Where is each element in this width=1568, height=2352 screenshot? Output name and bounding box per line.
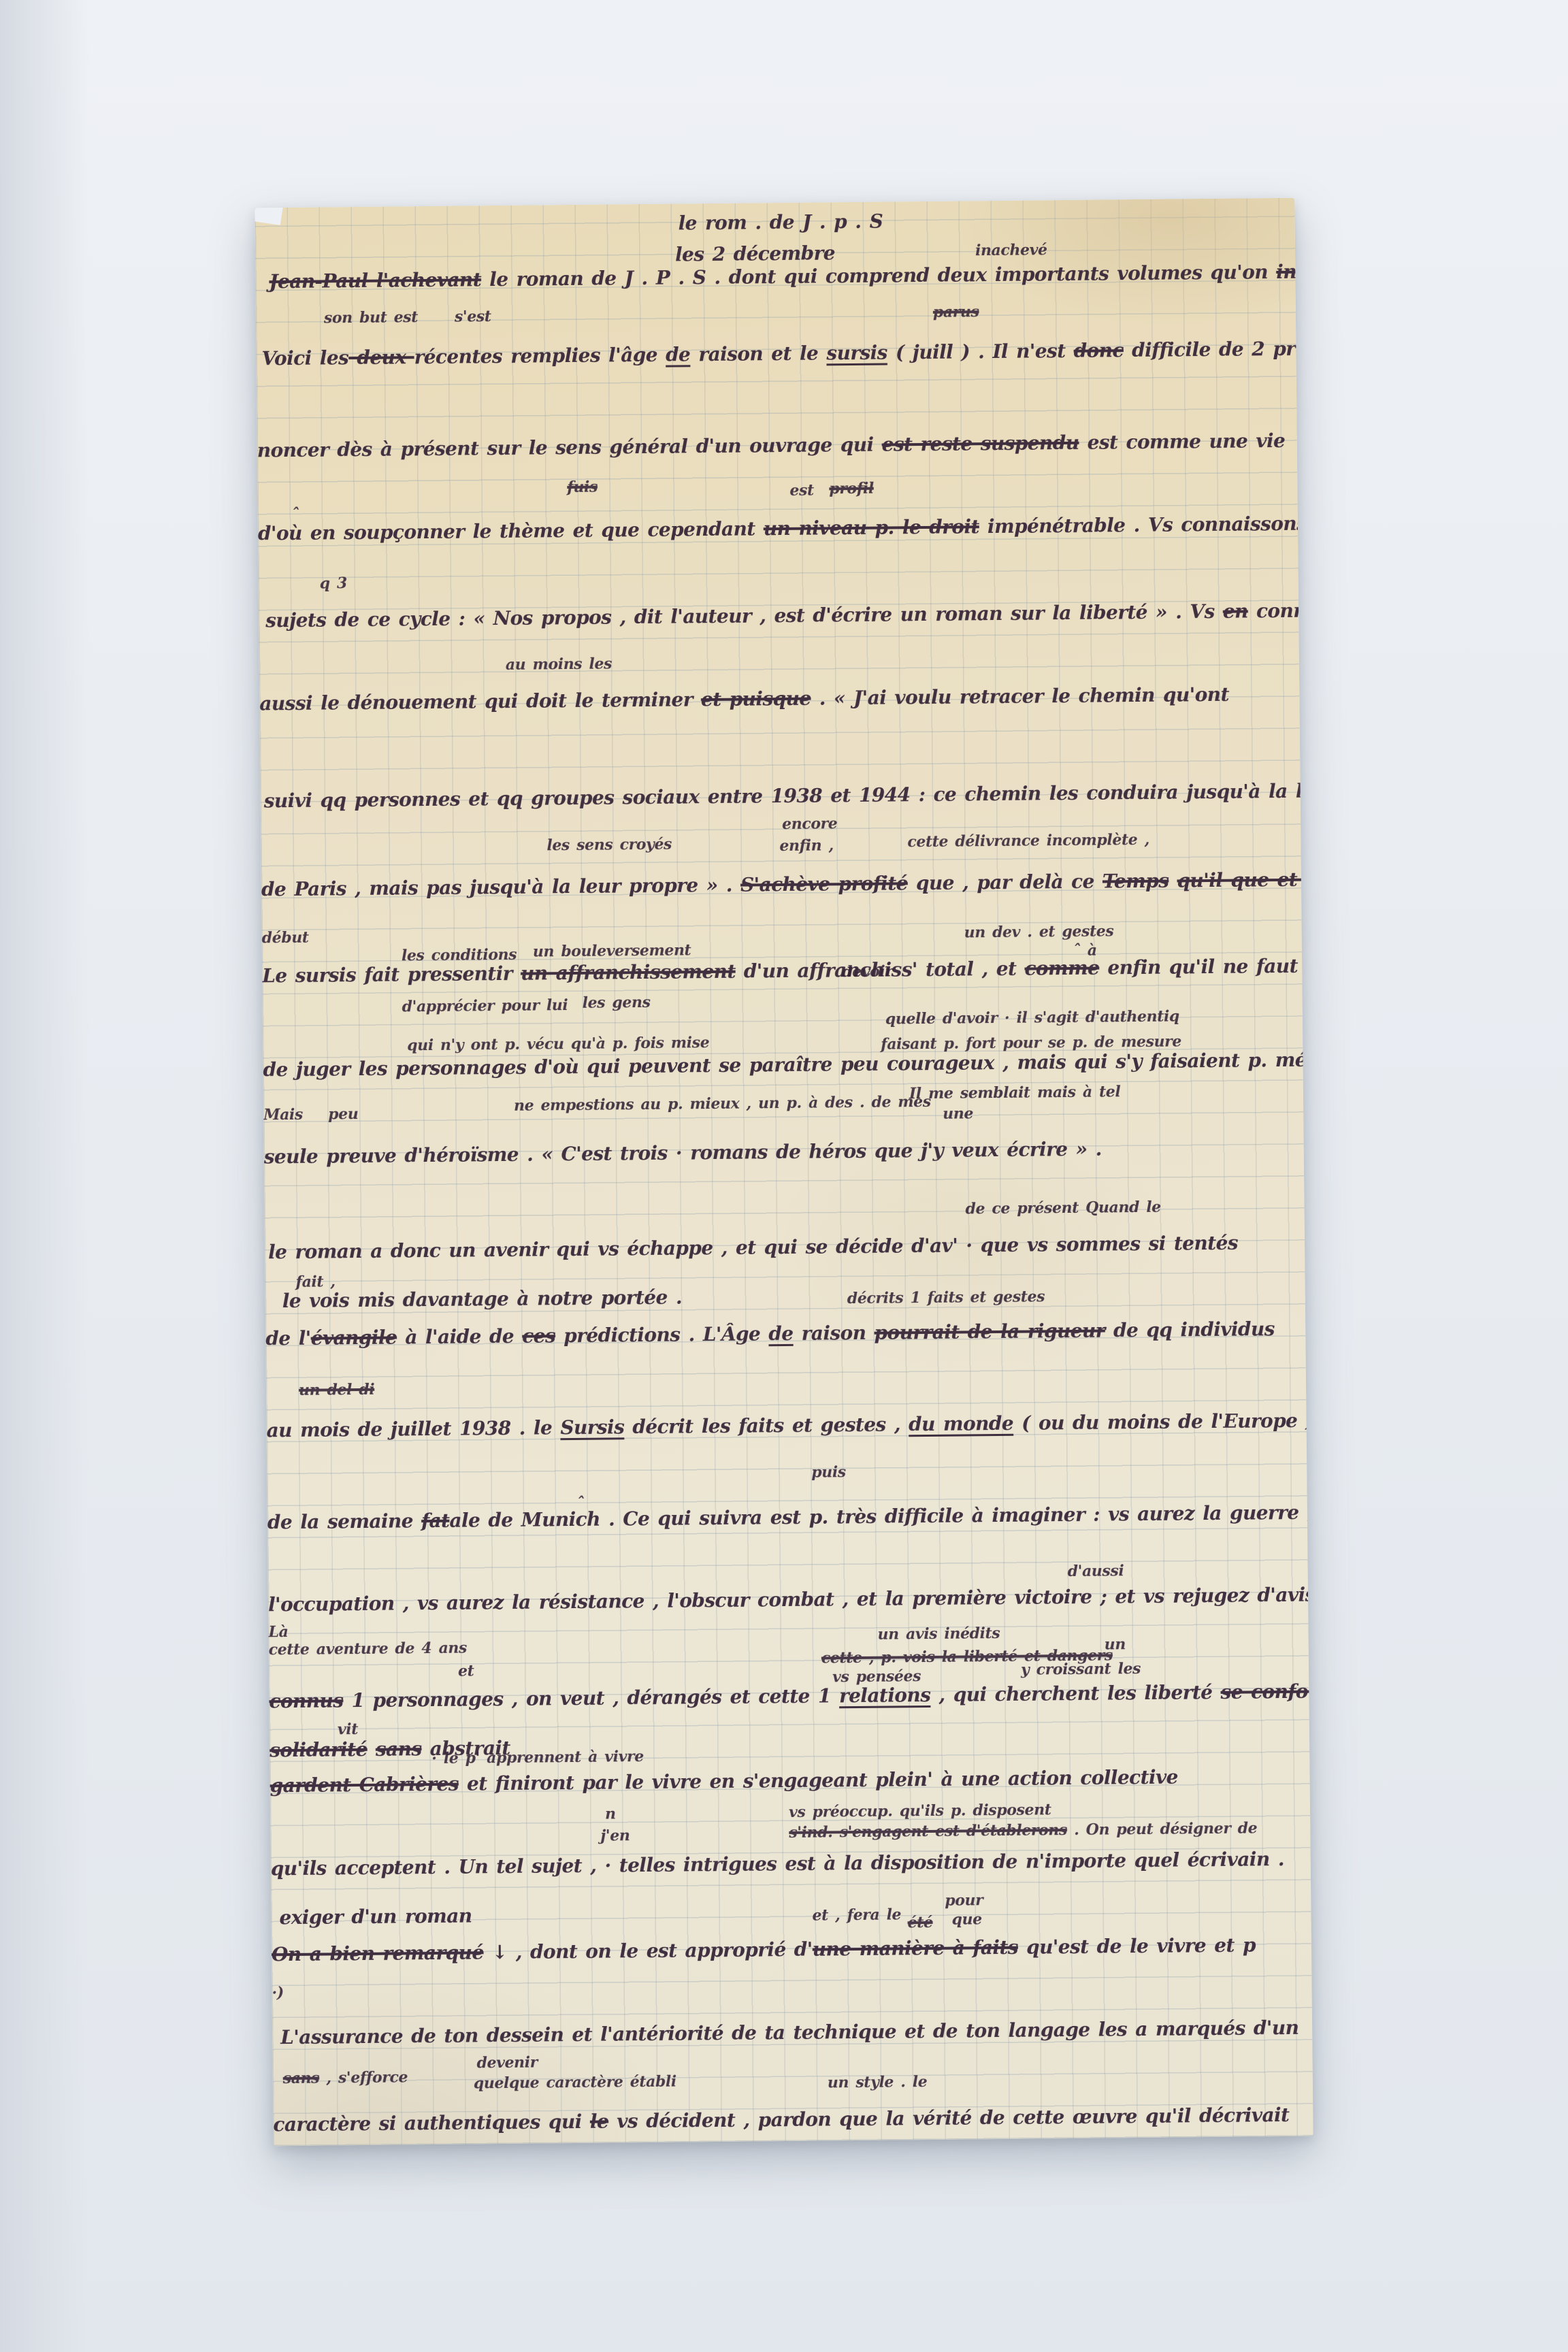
handwriting-segment: encore: [782, 815, 837, 833]
handwriting-segment: seule preuve d'héroïsme . « C'est trois …: [264, 1138, 1102, 1169]
underlined-text: Sursis: [560, 1416, 624, 1439]
struck-text: parus: [933, 303, 979, 321]
handwriting-segment: qu'ils acceptent . Un tel sujet , · tell…: [271, 1848, 1284, 1880]
handwriting-segment: [1169, 869, 1177, 892]
handwriting-line: encore: [782, 815, 837, 833]
handwriting-line: s'est: [455, 308, 491, 326]
handwriting-segment: qui n'y ont p. vécu qu'à p. fois mise: [407, 1034, 709, 1054]
handwriting-line: puis: [811, 1463, 846, 1481]
handwriting-segment: les sens croyés: [546, 836, 672, 855]
handwriting-segment: un bouleversement: [533, 941, 691, 960]
handwriting-line: aussi le dénouement qui doit le terminer…: [259, 683, 1229, 715]
handwriting-line: sans , s'efforce: [283, 2068, 408, 2087]
handwriting-line: j'en: [600, 1827, 630, 1844]
handwriting-segment: [367, 1738, 376, 1761]
handwriting-segment: pour: [945, 1891, 983, 1910]
handwriting-segment: enfin qu'il ne faut p. se hâter: [1099, 953, 1313, 979]
struck-text: un niveau p. le droit: [764, 515, 979, 540]
struck-text: en: [1223, 600, 1248, 622]
handwriting-segment: fait ,: [295, 1273, 335, 1291]
struck-text: fat: [421, 1509, 450, 1532]
handwriting-line: exiger d'un roman: [279, 1904, 472, 1929]
handwriting-line: l'occupation , vs aurez la résistance , …: [268, 1584, 1313, 1616]
handwriting-segment: ·): [272, 1984, 284, 2002]
handwriting-line: peu: [328, 1105, 358, 1123]
handwriting-line: au moins les: [506, 655, 612, 673]
handwriting-line: suivi qq personnes et qq groupes sociaux…: [264, 779, 1313, 812]
handwriting-line: Mais: [263, 1106, 303, 1124]
handwriting-segment: un avis inédits: [877, 1624, 1000, 1644]
handwriting-line: le rom . de J . p . S: [678, 210, 883, 235]
struck-text: deux: [348, 346, 414, 369]
handwriting-line: été: [907, 1914, 932, 1931]
handwriting-line: le vois mis davantage à notre portée .: [282, 1286, 683, 1312]
handwriting-segment: est: [789, 482, 814, 500]
handwriting-line: quelque caractère établi: [474, 2073, 676, 2093]
handwriting-line: s'ind. s'engagent est d'établerons . On …: [789, 1819, 1257, 1842]
handwriting-segment: de ce présent Quand le: [965, 1198, 1161, 1218]
handwriting-line: · le p' apprennent à vivre: [431, 1748, 644, 1767]
handwriting-segment: début: [262, 929, 309, 947]
handwriting-segment: le vois mis davantage à notre portée .: [282, 1286, 683, 1312]
handwriting-line: que: [951, 1910, 981, 1928]
handwriting-segment: , qui cherchent les liberté: [930, 1681, 1221, 1706]
handwriting-segment: cette délivrance incomplète ,: [907, 831, 1149, 851]
handwriting-line: un dev . et gestes: [964, 922, 1114, 941]
handwriting-line: vs préoccup. qu'ils p. disposent: [789, 1801, 1051, 1821]
handwriting-line: de l'évangile à l'aide de ces prédiction…: [265, 1318, 1275, 1350]
struck-text: sans: [283, 2070, 320, 2088]
struck-text: fuis: [567, 478, 598, 496]
handwriting-segment: s'est: [455, 308, 491, 326]
struck-text: Jean-Paul l'achevant: [269, 268, 481, 293]
handwriting-segment: est comme une vie: [1079, 429, 1285, 454]
handwriting-line: caractère si authentiques qui le vs déci…: [273, 2104, 1289, 2136]
handwriting-line: vs pensées: [832, 1667, 921, 1686]
handwriting-line: n: [605, 1805, 616, 1823]
handwriting-line: fait ,: [295, 1273, 335, 1291]
handwriting-segment: Mais: [263, 1106, 303, 1124]
handwriting-line: ·): [272, 1984, 284, 2002]
handwriting-segment: et , fera le: [812, 1906, 901, 1924]
handwriting-segment: 1 personnages , on veut , dérangés et ce…: [343, 1684, 839, 1712]
handwriting-line: cette aventure de 4 ans: [269, 1639, 467, 1659]
handwriting-segment: suivi qq personnes et qq groupes sociaux…: [264, 779, 1313, 812]
handwriting-segment: vs préoccup. qu'ils p. disposent: [789, 1801, 1051, 1821]
handwriting-segment: que , par delà ce: [908, 870, 1102, 894]
struck-text: Temps: [1102, 870, 1169, 893]
underlined-text: sursis: [826, 341, 887, 364]
handwriting-segment: caractère si authentiques qui: [273, 2110, 590, 2136]
handwriting-line: enfin ,: [779, 836, 834, 855]
handwriting-segment: son but est: [324, 308, 418, 327]
handwriting-line: y croissant les: [1021, 1660, 1141, 1679]
struck-text: On a bien remarqué: [272, 1941, 484, 1965]
handwriting-line: d'où en soupçonner le thème et que cepen…: [258, 512, 1313, 544]
handwriting-line: son but est: [324, 308, 418, 327]
handwriting-segment: enfin ,: [779, 836, 834, 855]
handwriting-line: pour: [945, 1891, 983, 1910]
handwriting-segment: d'un affranchiss' total , et: [736, 958, 1025, 983]
struck-text: se confondent: [1220, 1680, 1313, 1703]
underlined-text: du monde: [909, 1412, 1013, 1435]
handwriting-segment: une: [943, 1105, 973, 1122]
struck-text: profil: [829, 480, 874, 498]
handwriting-line: connus 1 personnages , on veut , dérangé…: [269, 1680, 1313, 1712]
handwriting-segment: . On peut désigner de: [1067, 1819, 1258, 1839]
torn-corner: [255, 199, 283, 225]
handwriting-segment: ne empestions au p. mieux , un p. à des …: [514, 1093, 931, 1115]
struck-text: sans: [376, 1737, 422, 1761]
struck-text: s'ind. s'engagent est d'établerons: [789, 1821, 1067, 1842]
struck-text: gardent Cabrières: [269, 1773, 459, 1797]
handwriting-line: q 3: [320, 574, 347, 592]
struck-text: un del di: [299, 1381, 374, 1399]
handwriting-line: d'aussi: [1068, 1562, 1124, 1580]
handwriting-segment: prédictions . L'Âge: [555, 1322, 769, 1347]
underlined-text: de: [666, 343, 691, 365]
handwriting-segment: vs pensées: [832, 1667, 921, 1686]
handwriting-line: et , fera le: [812, 1906, 901, 1924]
handwriting-segment: à l'aide de: [397, 1325, 522, 1349]
underlined-text: relations: [839, 1684, 931, 1707]
struck-text: pourrait de la rigueur: [874, 1319, 1105, 1343]
handwriting-segment: le roman a donc un avenir qui vs échappe…: [268, 1232, 1238, 1264]
struck-text: S'achève profité: [740, 872, 908, 896]
handwriting-segment: de l': [265, 1327, 311, 1350]
struck-text: comme: [1024, 957, 1099, 980]
handwriting-segment: raison: [793, 1322, 874, 1345]
handwriting-segment: les gens: [582, 994, 650, 1012]
struck-text: qu'il que et dressé: [1177, 868, 1313, 892]
manuscript-paper: le rom . de J . p . Sles 2 décembreinach…: [255, 198, 1313, 2146]
handwriting-segment: , s'efforce: [319, 2068, 408, 2087]
handwriting-segment: de qq individus: [1105, 1318, 1275, 1341]
handwriting-segment: quelle d'avoir · il s'agit d'authentiq: [885, 1007, 1179, 1028]
handwriting-line: inachevé: [975, 241, 1047, 259]
handwriting-line: de la semaine fatale de Munich . Ce qui …: [267, 1501, 1313, 1534]
handwriting-segment: l'occupation , vs aurez la résistance , …: [268, 1584, 1313, 1616]
handwriting-segment: de Paris , mais pas jusqu'à la leur prop…: [261, 874, 740, 901]
handwriting-segment: . « J'ai voulu retracer le chemin qu'ont: [811, 683, 1229, 710]
handwriting-segment: qu'est de le vivre et p: [1018, 1933, 1256, 1958]
photo-left-shadow: [0, 0, 88, 2352]
handwriting-segment: Voici les: [261, 346, 348, 370]
handwriting-segment: · le p' apprennent à vivre: [431, 1748, 644, 1767]
handwriting-line: est: [789, 482, 814, 500]
handwriting-segment: inachevé: [975, 241, 1047, 259]
handwriting-segment: un style . le: [828, 2073, 928, 2091]
handwriting-segment: sujets de ce cycle : « Nos propos , dit …: [265, 600, 1223, 632]
handwriting-segment: devenir: [476, 2054, 538, 2072]
handwriting-segment: d'où en soupçonner le thème et que cepen…: [258, 517, 764, 544]
handwriting-segment: un dev . et gestes: [964, 922, 1114, 941]
underlined-text: de: [768, 1322, 794, 1345]
handwriting-segment: cette aventure de 4 ans: [269, 1639, 467, 1659]
struck-text: donc: [1073, 339, 1124, 362]
handwriting-line: devenir: [476, 2054, 538, 2072]
handwriting-segment: décrits 1 faits et gestes: [847, 1288, 1045, 1307]
handwriting-segment: impénétrable . Vs connaissons le: [979, 512, 1313, 538]
handwriting-line: quelle d'avoir · il s'agit d'authentiq: [885, 1007, 1179, 1028]
struck-text: le: [590, 2110, 609, 2133]
handwriting-segment: le rom . de J . p . S: [678, 210, 883, 235]
handwriting-segment: au moins les: [506, 655, 612, 673]
handwriting-segment: peu: [328, 1105, 358, 1123]
handwriting-segment: y croissant les: [1021, 1660, 1141, 1679]
handwriting-line: ˆ: [292, 506, 299, 523]
handwriting-segment: L'assurance de ton dessein et l'antérior…: [280, 2016, 1298, 2048]
handwriting-line: une: [943, 1105, 973, 1122]
handwriting-line: qui n'y ont p. vécu qu'à p. fois mise: [407, 1034, 709, 1054]
handwriting-line: fuis: [567, 478, 598, 496]
handwriting-segment: ( ou du moins de l'Europe ) que vous: [1013, 1408, 1313, 1435]
struck-text: connus: [269, 1689, 343, 1712]
handwriting-segment: et: [458, 1662, 474, 1680]
handwriting-segment: exiger d'un roman: [279, 1904, 472, 1929]
handwriting-segment: connaissons: [1248, 599, 1313, 623]
handwriting-segment: ˆ: [292, 506, 299, 523]
handwriting-line: de ce présent Quand le: [965, 1198, 1161, 1218]
struck-text: et puisque: [701, 687, 811, 711]
handwriting-line: sujets de ce cycle : « Nos propos , dit …: [265, 599, 1313, 632]
handwriting-segment: ( juill ) . Il n'est: [887, 340, 1074, 364]
handwriting-line: parus: [933, 303, 979, 321]
handwriting-segment: quelque caractère établi: [474, 2073, 676, 2093]
handwriting-line: Voici les deux récentes remplies l'âge d…: [261, 337, 1313, 370]
handwriting-segment: vs décident , pardon que la vérité de ce…: [608, 2104, 1290, 2133]
handwriting-line: décrits 1 faits et gestes: [847, 1288, 1045, 1307]
handwriting-line: au mois de juillet 1938 . le Sursis décr…: [266, 1408, 1313, 1441]
struck-text: un affranchissement: [521, 960, 736, 985]
struck-text: une manière à faits: [813, 1936, 1018, 1961]
handwriting-line: L'assurance de ton dessein et l'antérior…: [280, 2016, 1298, 2048]
handwriting-segment: noncer dès à présent sur le sens général…: [257, 434, 882, 462]
handwriting-line: On a bien remarqué ↓ , dont on le est ap…: [272, 1933, 1256, 1965]
handwriting-line: et: [458, 1662, 474, 1680]
handwriting-segment: de la semaine: [267, 1509, 421, 1533]
handwriting-segment: raison et le: [690, 342, 826, 365]
handwriting-line: gardent Cabrières et finiront par le viv…: [269, 1765, 1178, 1797]
handwriting-line: le roman a donc un avenir qui vs échappe…: [268, 1232, 1238, 1264]
handwriting-segment: Il me semblait mais à tel: [909, 1083, 1121, 1102]
handwriting-line: les 2 décembre: [675, 242, 835, 265]
handwriting-line: ne empestions au p. mieux , un p. à des …: [514, 1093, 931, 1115]
handwriting-line: un del di: [299, 1381, 374, 1399]
handwriting-line: profil: [829, 480, 874, 498]
handwriting-segment: le roman de J . P . S . dont qui compren…: [481, 261, 1276, 291]
handwriting-line: qu'ils acceptent . Un tel sujet , · tell…: [271, 1848, 1284, 1880]
handwriting-segment: j'en: [600, 1827, 630, 1844]
handwriting-segment: puis: [811, 1463, 846, 1481]
handwriting-line: Là: [268, 1623, 288, 1641]
struck-text: ces: [522, 1324, 555, 1347]
handwriting-line: vit: [338, 1720, 358, 1738]
handwriting-segment: que: [951, 1910, 981, 1928]
handwriting-segment: vit: [338, 1720, 358, 1738]
handwriting-segment: récentes remplies l'âge: [414, 344, 666, 369]
handwriting-line: noncer dès à présent sur le sens général…: [257, 429, 1286, 461]
handwriting-segment: d'apprécier pour lui: [402, 996, 568, 1015]
struck-text: été: [907, 1914, 932, 1931]
handwriting-line: seule preuve d'héroïsme . « C'est trois …: [264, 1138, 1102, 1169]
handwriting-line: les sens croyés: [546, 836, 672, 855]
handwriting-line: de Paris , mais pas jusqu'à la leur prop…: [261, 868, 1313, 901]
handwriting-segment: ↓ , dont on le est approprié d': [483, 1938, 812, 1964]
handwriting-segment: difficile de 2 pro-: [1124, 337, 1313, 361]
handwriting-line: un style . le: [828, 2073, 928, 2091]
handwriting-segment: n: [605, 1805, 616, 1823]
handwriting-segment: les 2 décembre: [675, 242, 835, 265]
handwriting-segment: Le sursis fait pressentir: [262, 962, 521, 987]
handwriting-segment: Là: [268, 1623, 288, 1641]
struck-text: évangile: [311, 1326, 397, 1349]
handwriting-line: début: [262, 929, 309, 947]
handwriting-segment: décrit les faits et gestes ,: [624, 1413, 909, 1438]
struck-text: est reste suspendu: [881, 431, 1079, 456]
handwriting-segment: d'aussi: [1068, 1562, 1124, 1580]
handwriting-line: les gens: [582, 994, 650, 1012]
handwriting-segment: et finiront par le vivre en s'engageant …: [459, 1765, 1178, 1795]
handwriting-line: Il me semblait mais à tel: [909, 1083, 1121, 1102]
handwriting-segment: au mois de juillet 1938 . le: [266, 1416, 560, 1441]
struck-text: solidarité: [269, 1738, 367, 1761]
handwriting-segment: q 3: [320, 574, 347, 592]
handwriting-segment: aussi le dénouement qui doit le terminer: [259, 688, 701, 715]
handwriting-line: un bouleversement: [533, 941, 691, 960]
handwriting-line: d'apprécier pour lui: [402, 996, 568, 1015]
handwriting-line: cette délivrance incomplète ,: [907, 831, 1149, 851]
handwriting-line: un avis inédits: [877, 1624, 1000, 1644]
struck-text: incomplet: [1276, 260, 1313, 283]
